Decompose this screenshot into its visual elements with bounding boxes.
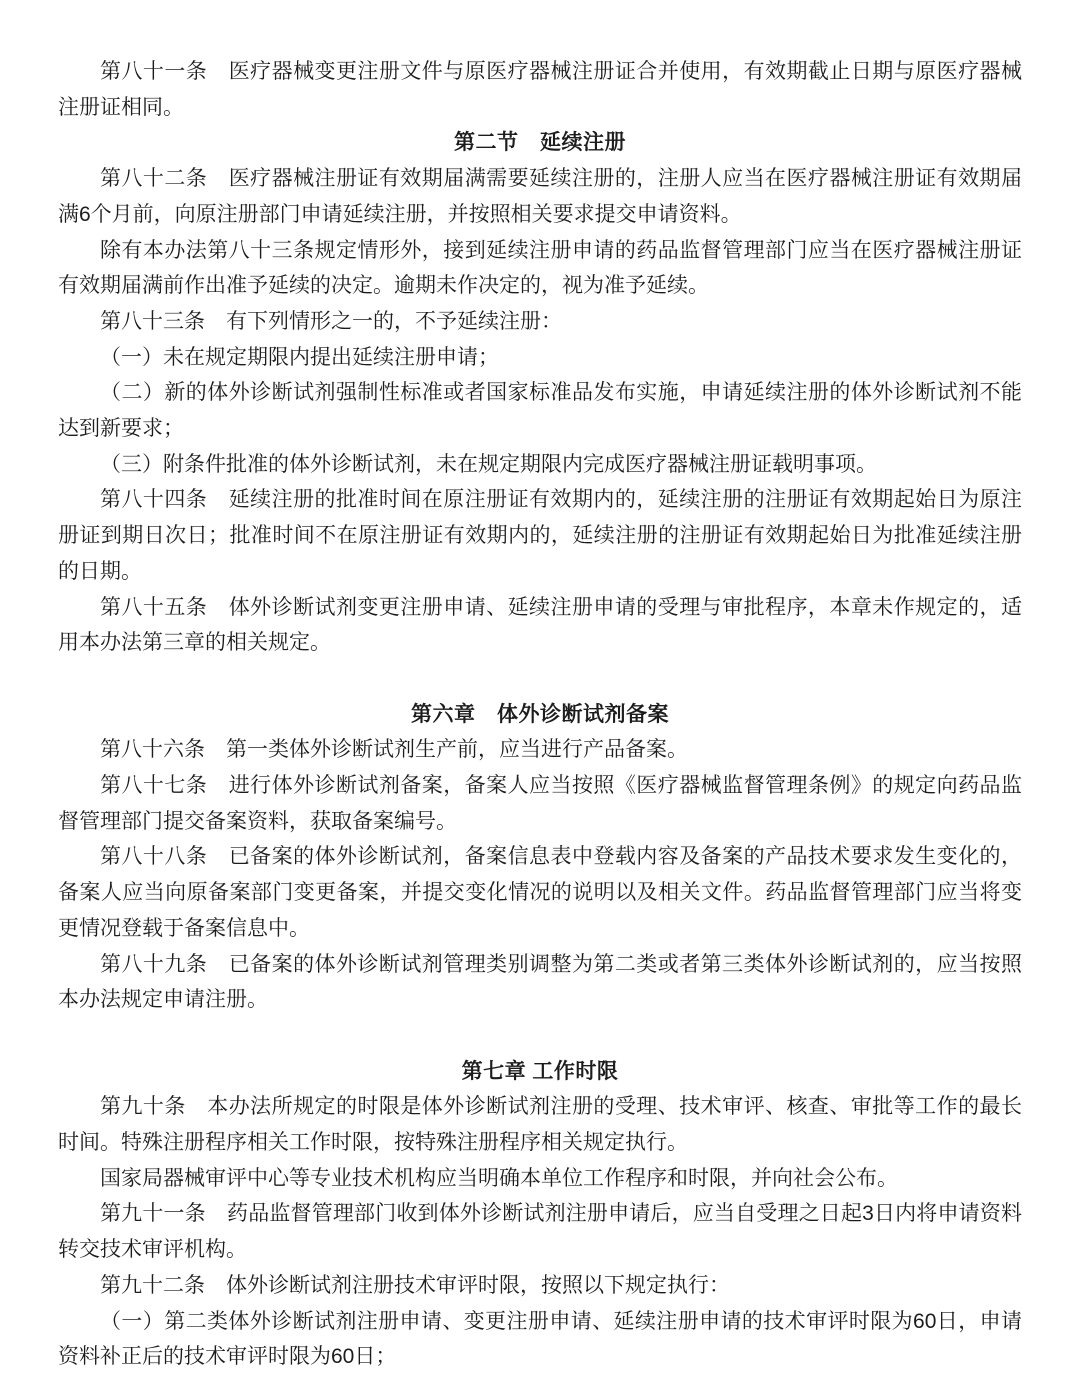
article-82-paragraph: 第八十二条 医疗器械注册证有效期届满需要延续注册的，注册人应当在医疗器械注册证有… [58, 161, 1022, 232]
article-83-item-1: （一）未在规定期限内提出延续注册申请； [58, 340, 1022, 376]
article-87-paragraph: 第八十七条 进行体外诊断试剂备案，备案人应当按照《医疗器械监督管理条例》的规定向… [58, 768, 1022, 839]
article-82-paragraph-2: 除有本办法第八十三条规定情形外，接到延续注册申请的药品监督管理部门应当在医疗器械… [58, 233, 1022, 304]
article-83-item-2: （二）新的体外诊断试剂强制性标准或者国家标准品发布实施，申请延续注册的体外诊断试… [58, 375, 1022, 446]
article-92-paragraph: 第九十二条 体外诊断试剂注册技术审评时限，按照以下规定执行： [58, 1268, 1022, 1304]
article-81-paragraph: 第八十一条 医疗器械变更注册文件与原医疗器械注册证合并使用，有效期截止日期与原医… [58, 54, 1022, 125]
article-86-paragraph: 第八十六条 第一类体外诊断试剂生产前，应当进行产品备案。 [58, 732, 1022, 768]
article-84-paragraph: 第八十四条 延续注册的批准时间在原注册证有效期内的，延续注册的注册证有效期起始日… [58, 482, 1022, 589]
article-90-paragraph: 第九十条 本办法所规定的时限是体外诊断试剂注册的受理、技术审评、核查、审批等工作… [58, 1089, 1022, 1160]
article-83-item-3: （三）附条件批准的体外诊断试剂，未在规定期限内完成医疗器械注册证载明事项。 [58, 447, 1022, 483]
regulation-document-page: 第八十一条 医疗器械变更注册文件与原医疗器械注册证合并使用，有效期截止日期与原医… [0, 0, 1080, 1398]
article-88-paragraph: 第八十八条 已备案的体外诊断试剂，备案信息表中登载内容及备案的产品技术要求发生变… [58, 839, 1022, 946]
article-91-paragraph: 第九十一条 药品监督管理部门收到体外诊断试剂注册申请后，应当自受理之日起3日内将… [58, 1196, 1022, 1267]
article-92-item-1: （一）第二类体外诊断试剂注册申请、变更注册申请、延续注册申请的技术审评时限为60… [58, 1304, 1022, 1375]
article-85-paragraph: 第八十五条 体外诊断试剂变更注册申请、延续注册申请的受理与审批程序，本章未作规定… [58, 590, 1022, 661]
section-heading-renewal-registration: 第二节 延续注册 [58, 125, 1022, 161]
chapter-6-heading: 第六章 体外诊断试剂备案 [58, 697, 1022, 733]
chapter-7-heading: 第七章 工作时限 [58, 1054, 1022, 1090]
article-89-paragraph: 第八十九条 已备案的体外诊断试剂管理类别调整为第二类或者第三类体外诊断试剂的，应… [58, 947, 1022, 1018]
article-83-paragraph: 第八十三条 有下列情形之一的，不予延续注册： [58, 304, 1022, 340]
article-90-paragraph-2: 国家局器械审评中心等专业技术机构应当明确本单位工作程序和时限，并向社会公布。 [58, 1161, 1022, 1197]
